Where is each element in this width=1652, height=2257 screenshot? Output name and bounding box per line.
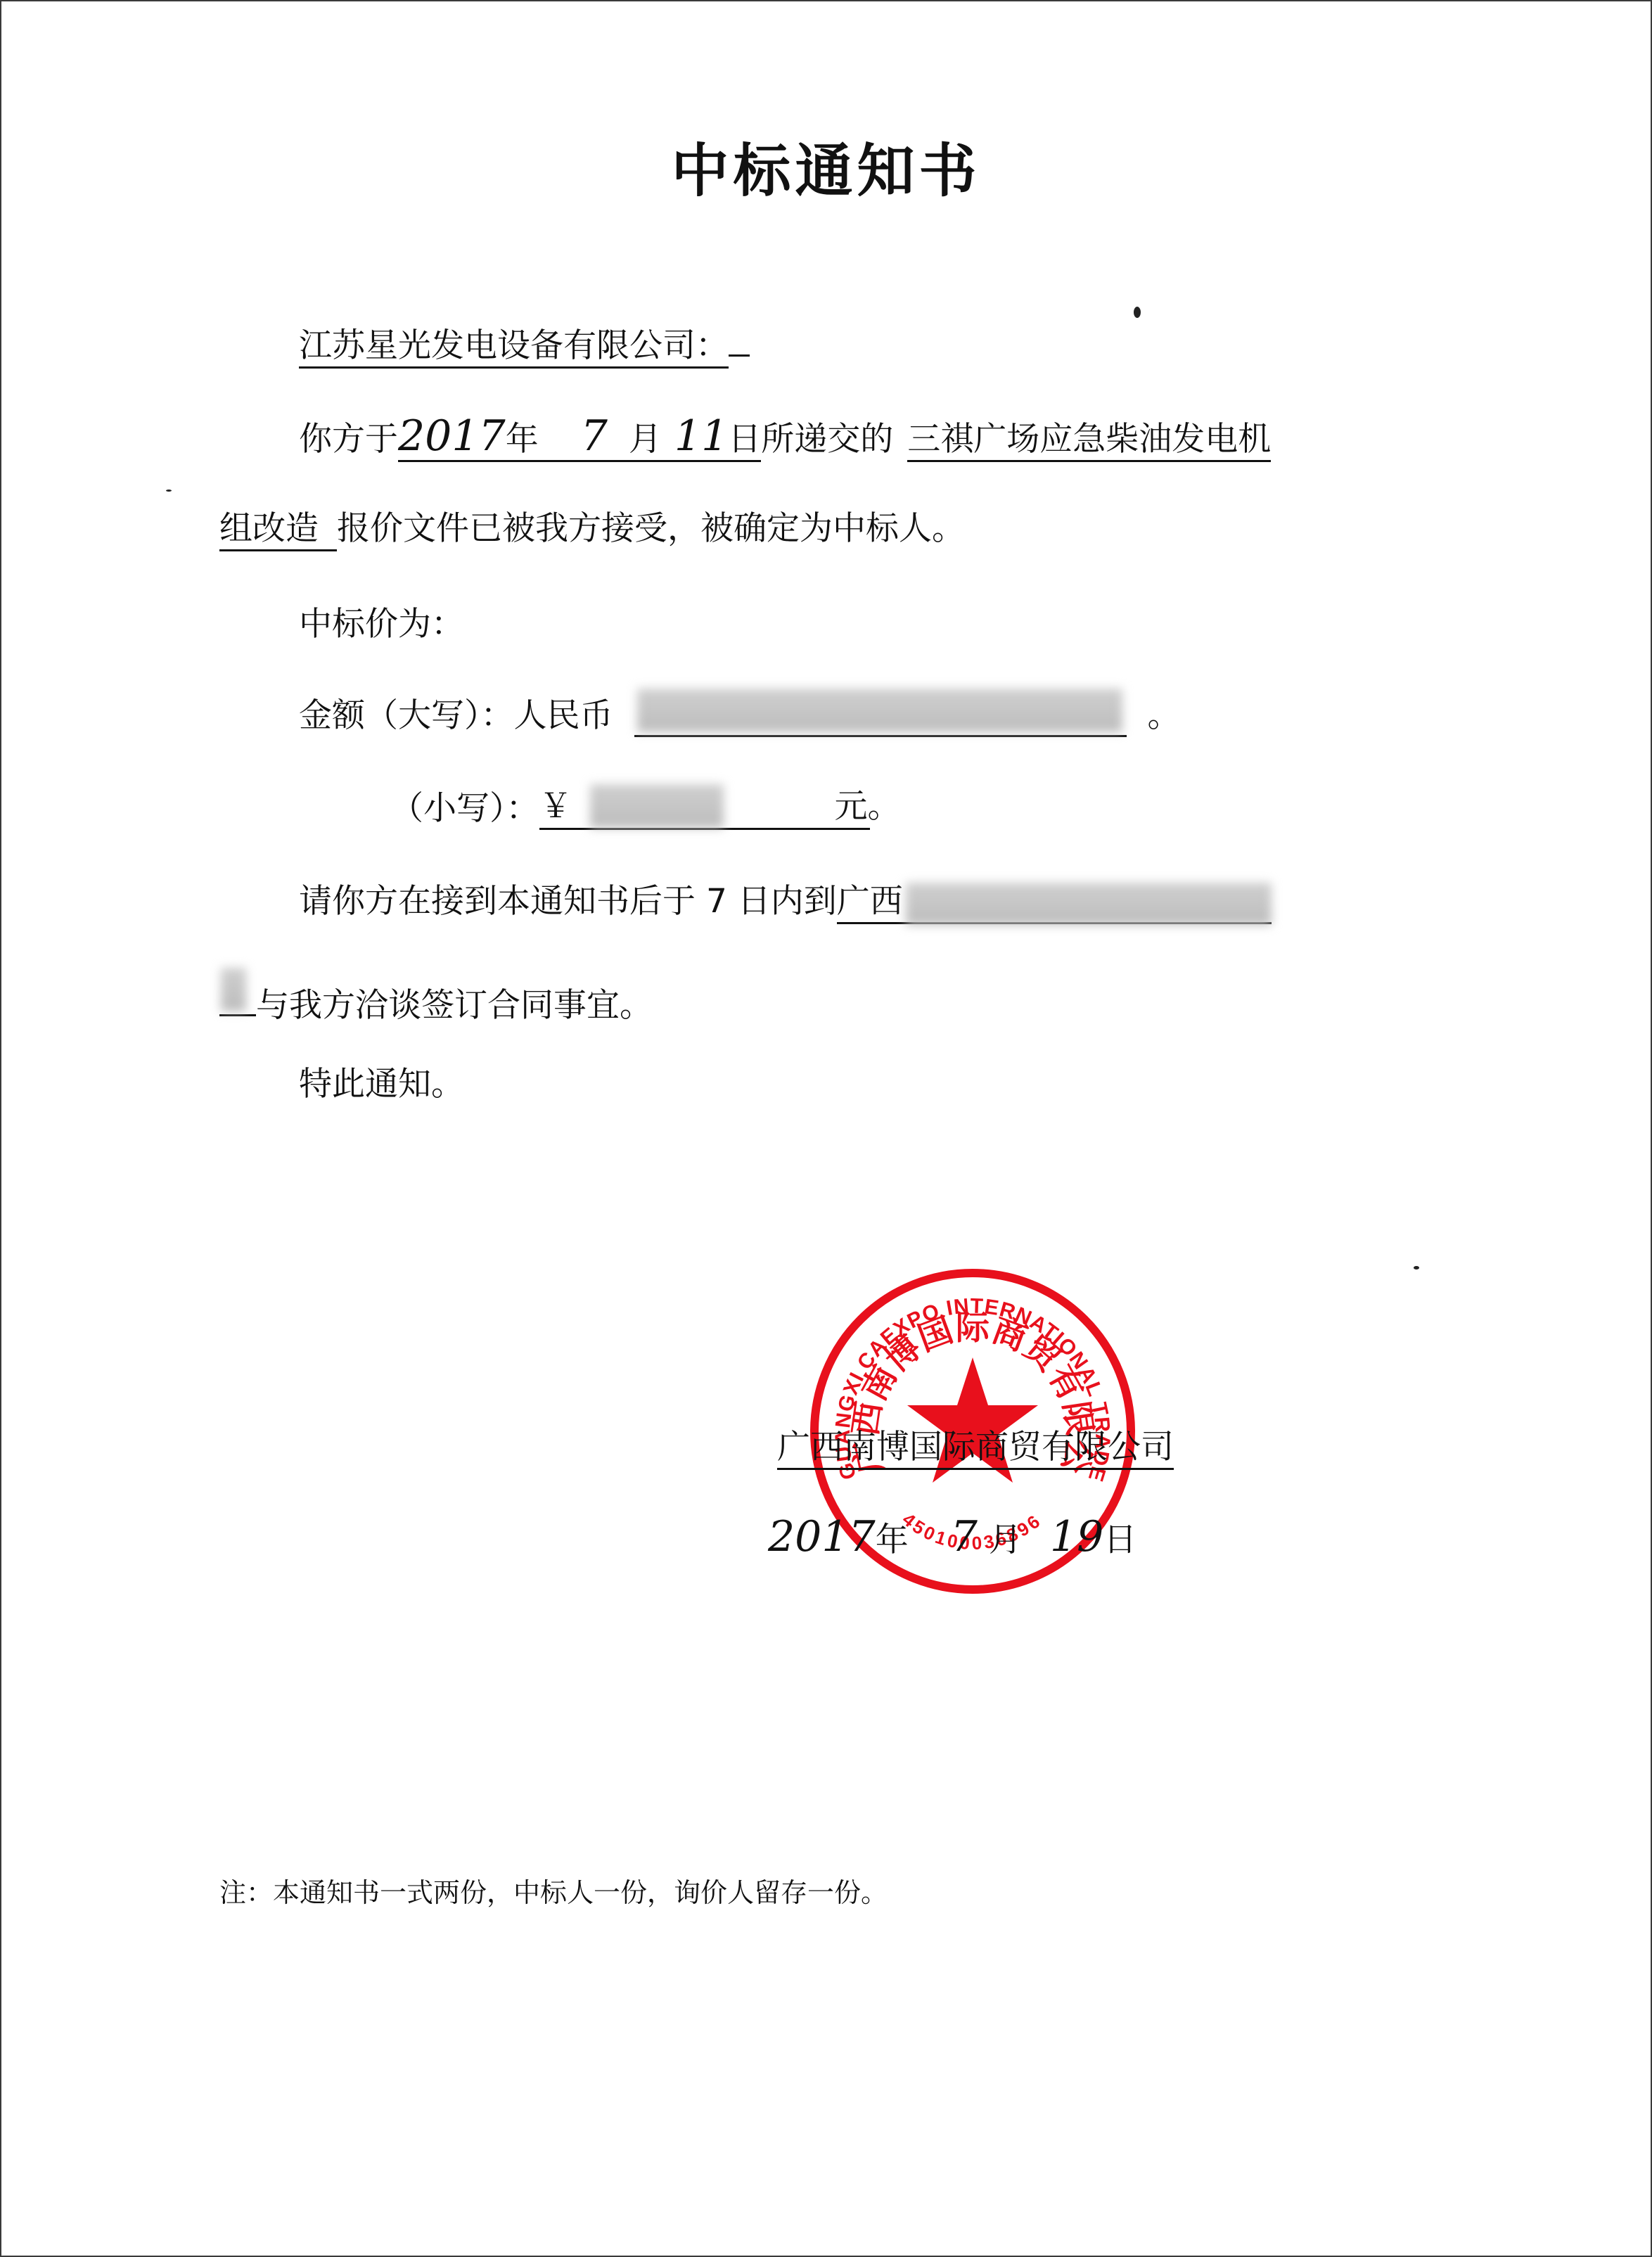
amount-uppercase-line: 金额（大写）：人民币。 — [299, 695, 1181, 737]
amount-lowercase-unit: 元。 — [835, 786, 901, 828]
amount-lowercase-field: ￥元。 — [539, 791, 870, 830]
issue-day-label: 日 — [1103, 1521, 1136, 1559]
amount-lowercase-line: （小写）：￥元。 — [390, 788, 870, 830]
paragraph1-line1: 你方于2017年7月11日所递交的三祺广场应急柴油发电机 — [299, 415, 1271, 461]
amount-uppercase-end: 。 — [1148, 696, 1181, 735]
month-label: 月 — [629, 420, 662, 459]
issue-date: 2017年7月19日 — [768, 1512, 1136, 1561]
p2-suffix: 与我方洽谈签订合同事宜。 — [256, 986, 653, 1025]
scan-speck — [166, 490, 172, 492]
location-continuation — [219, 973, 256, 1016]
amount-uppercase-value — [634, 698, 1127, 737]
issue-year: 2017 — [768, 1512, 876, 1561]
paragraph2-line1: 请你方在接到本通知书后于 7 日内到广西 — [299, 881, 1272, 925]
issue-day: 19 — [1050, 1512, 1103, 1561]
location-value — [906, 883, 1272, 925]
issue-year-label: 年 — [876, 1521, 909, 1559]
year-label: 年 — [506, 420, 539, 459]
location-field: 广西 — [837, 882, 1272, 924]
submission-month: 7 — [581, 415, 608, 457]
scan-speck — [1134, 307, 1141, 318]
p1-suffix: 报价文件已被我方接受，被确定为中标人。 — [337, 509, 965, 548]
issuer-line: 广西南博国际商贸有限公司 — [777, 1421, 1174, 1468]
paragraph1-line2: 组改造报价文件已被我方接受，被确定为中标人。 — [219, 508, 965, 550]
p2-prefix: 请你方在接到本通知书后于 7 日内到 — [299, 882, 837, 921]
recipient-name: 江苏星光发电设备有限公司： — [299, 326, 729, 369]
submission-day: 11 — [674, 415, 728, 457]
issue-month: 7 — [951, 1512, 978, 1561]
recipient-line: 江苏星光发电设备有限公司： — [299, 325, 750, 367]
day-label: 日 — [728, 420, 761, 459]
page-frame — [0, 0, 1652, 2257]
submission-date: 2017年7月11日 — [398, 420, 761, 462]
amount-lowercase-label: （小写）： — [390, 789, 539, 828]
currency-symbol: ￥ — [539, 786, 572, 828]
p1-after-date: 所递交的 — [761, 420, 893, 459]
submission-year: 2017 — [398, 415, 506, 457]
footnote: 注：本通知书一式两份，中标人一份，询价人留存一份。 — [219, 1871, 888, 1910]
project-name-part1: 三祺广场应急柴油发电机 — [907, 420, 1271, 462]
price-heading: 中标价为： — [299, 603, 464, 646]
closing-text: 特此通知。 — [299, 1063, 464, 1106]
scan-speck — [1414, 1266, 1419, 1270]
document-title: 中标通知书 — [0, 125, 1652, 207]
amount-lowercase-value — [590, 784, 724, 828]
location-visible: 广西 — [837, 882, 903, 921]
amount-uppercase-label: 金额（大写）：人民币 — [299, 696, 613, 735]
issue-month-label: 月 — [989, 1521, 1022, 1559]
project-name-part2: 组改造 — [219, 509, 337, 551]
paragraph2-line2: 与我方洽谈签订合同事宜。 — [219, 973, 653, 1027]
p1-prefix: 你方于 — [299, 420, 398, 459]
issuer-name: 广西南博国际商贸有限公司 — [777, 1428, 1174, 1470]
